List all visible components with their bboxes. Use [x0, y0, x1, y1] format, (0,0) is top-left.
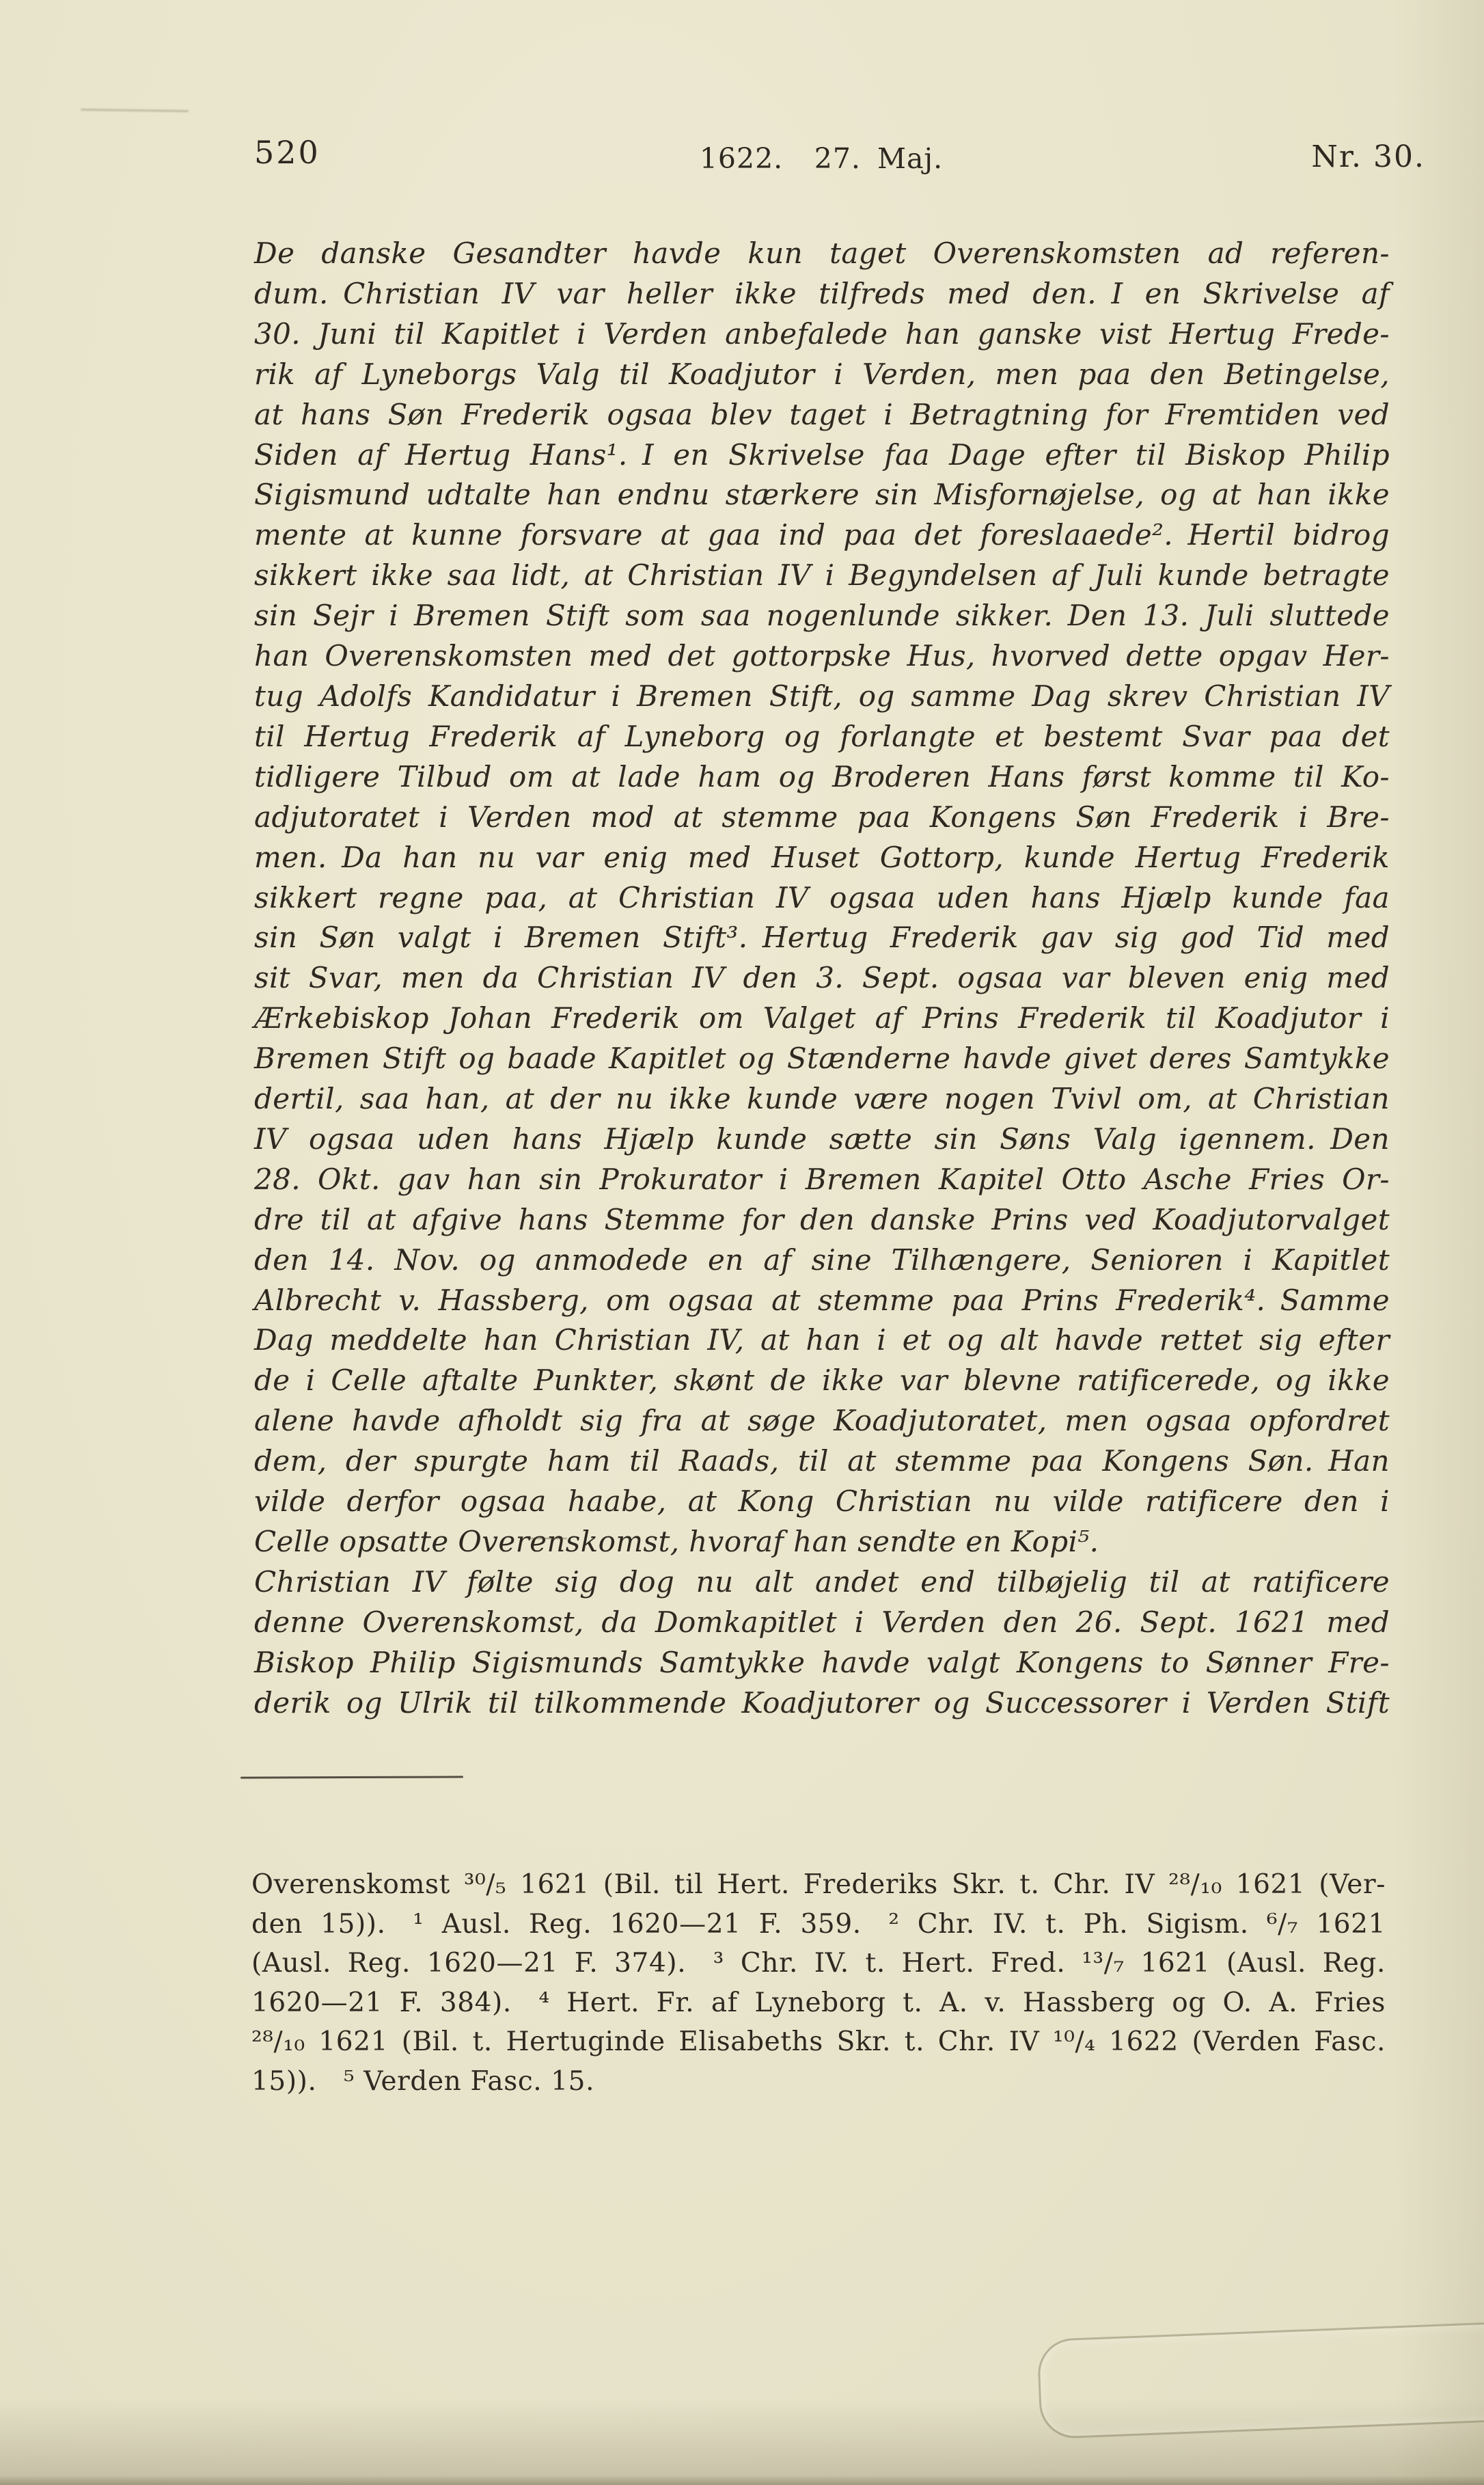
text-line: Sigismund udtalte han endnu stærkere sin… — [254, 475, 1390, 515]
footnote-line: den 15)). ¹ Ausl. Reg. 1620—21 F. 359. ²… — [251, 1905, 1386, 1944]
text-line: til Hertug Frederik af Lyneborg og forla… — [254, 717, 1390, 757]
text-line: dum. Christian IV var heller ikke tilfre… — [254, 274, 1390, 314]
text-line: 28. Okt. gav han sin Prokurator i Bremen… — [254, 1160, 1390, 1200]
footnote-line: ²⁸/₁₀ 1621 (Bil. t. Hertuginde Elisabeth… — [251, 2022, 1386, 2062]
text-line: tug Adolfs Kandidatur i Bremen Stift, og… — [254, 677, 1390, 717]
text-line: 30. Juni til Kapitlet i Verden anbefaled… — [254, 314, 1390, 355]
text-line: sin Sejr i Bremen Stift som saa nogenlun… — [254, 596, 1390, 636]
text-line: Dag meddelte han Christian IV, at han i … — [254, 1320, 1390, 1361]
text-line: vilde derfor ogsaa haabe, at Kong Christ… — [254, 1482, 1390, 1522]
scan-smudge — [527, 1538, 567, 1539]
body-text: De danske Gesandter havde kun taget Over… — [254, 234, 1390, 1724]
text-line: mente at kunne forsvare at gaa ind paa d… — [254, 515, 1390, 556]
page-bottom-shadow — [0, 2475, 1484, 2485]
text-line: Celle opsatte Overenskomst, hvoraf han s… — [254, 1522, 1390, 1562]
text-line: sikkert regne paa, at Christian IV ogsaa… — [254, 878, 1390, 919]
text-line: derik og Ulrik til tilkommende Koadjutor… — [254, 1683, 1390, 1724]
text-line: dre til at afgive hans Stemme for den da… — [254, 1200, 1390, 1240]
text-line: men. Da han nu var enig med Huset Gottor… — [254, 838, 1390, 878]
text-line: Bremen Stift og baade Kapitlet og Stænde… — [254, 1039, 1390, 1079]
text-line: IV ogsaa uden hans Hjælp kunde sætte sin… — [254, 1119, 1390, 1160]
text-line: alene havde afholdt sig fra at søge Koad… — [254, 1401, 1390, 1441]
footnotes: Overenskomst ³⁰/₅ 1621 (Bil. til Hert. F… — [251, 1865, 1386, 2102]
text-line: at hans Søn Frederik ogsaa blev taget i … — [254, 395, 1390, 435]
text-line: denne Overenskomst, da Domkapitlet i Ver… — [254, 1603, 1390, 1643]
text-line: den 14. Nov. og anmodede en af sine Tilh… — [254, 1240, 1390, 1281]
text-line: adjutoratet i Verden mod at stemme paa K… — [254, 798, 1390, 838]
footnote-line: 1620—21 F. 384). ⁴ Hert. Fr. af Lyneborg… — [251, 1983, 1386, 2023]
footnote-line: Overenskomst ³⁰/₅ 1621 (Bil. til Hert. F… — [251, 1865, 1386, 1905]
paragraph-1: De danske Gesandter havde kun taget Over… — [254, 234, 1390, 1562]
scan-smudge — [81, 109, 189, 112]
text-line: De danske Gesandter havde kun taget Over… — [254, 234, 1390, 274]
embossed-stamp-outline — [1036, 2319, 1484, 2439]
book-page-scan: 520 1622. 27. Maj. Nr. 30. De danske Ges… — [0, 0, 1484, 2485]
text-line: de i Celle aftalte Punkter, skønt de ikk… — [254, 1361, 1390, 1401]
text-line: han Overenskomsten med det gottorpske Hu… — [254, 636, 1390, 677]
footnote-separator-rule — [241, 1776, 463, 1778]
text-line: dem, der spurgte ham til Raads, til at s… — [254, 1441, 1390, 1482]
text-line: Siden af Hertug Hans¹. I en Skrivelse fa… — [254, 435, 1390, 476]
footnote-line: 15)). ⁵ Verden Fasc. 15. — [251, 2062, 1386, 2102]
text-line: Albrecht v. Hassberg, om ogsaa at stemme… — [254, 1281, 1390, 1321]
header-date: 1622. 27. Maj. — [254, 142, 1388, 175]
text-line: Biskop Philip Sigismunds Samtykke havde … — [254, 1643, 1390, 1683]
text-line: dertil, saa han, at der nu ikke kunde væ… — [254, 1079, 1390, 1119]
paragraph-2: Christian IV følte sig dog nu alt andet … — [254, 1562, 1390, 1724]
text-line: Christian IV følte sig dog nu alt andet … — [254, 1562, 1390, 1603]
text-line: Ærkebiskop Johan Frederik om Valget af P… — [254, 999, 1390, 1039]
text-line: sikkert ikke saa lidt, at Christian IV i… — [254, 556, 1390, 596]
text-line: rik af Lyneborgs Valg til Koadjutor i Ve… — [254, 355, 1390, 395]
text-line: sin Søn valgt i Bremen Stift³. Hertug Fr… — [254, 918, 1390, 958]
text-line: tidligere Tilbud om at lade ham og Brode… — [254, 757, 1390, 798]
footnote-line: (Ausl. Reg. 1620—21 F. 374). ³ Chr. IV. … — [251, 1944, 1386, 1983]
header-entry-number: Nr. 30. — [1311, 139, 1425, 174]
text-line: sit Svar, men da Christian IV den 3. Sep… — [254, 958, 1390, 999]
